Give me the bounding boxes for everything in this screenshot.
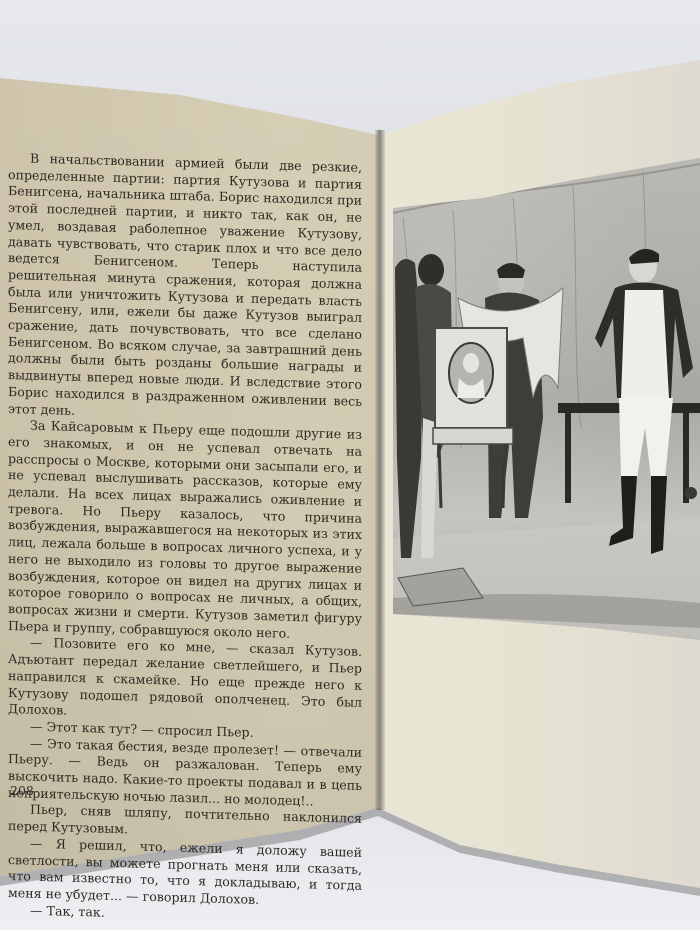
paragraph: — Позовите его ко мне, — сказал Кутузов.… (8, 634, 362, 727)
paragraph: — Я решил, что, ежели я доложу вашей све… (8, 835, 362, 912)
paragraph: За Кайсаровым к Пьеру еще подошли другие… (8, 417, 362, 644)
illustration-image (393, 158, 700, 640)
paragraph: — Это такая бестия, везде пролезет! — от… (8, 735, 362, 812)
book-gutter (375, 130, 385, 810)
page-number: 208 (10, 783, 34, 798)
photo-scene: В начальствовании армией были две резкие… (0, 0, 700, 930)
engraving-icon (393, 158, 700, 640)
paragraph: В начальствовании армией были две резкие… (8, 150, 362, 427)
left-page-text: В начальствовании армией были две резкие… (8, 150, 362, 928)
